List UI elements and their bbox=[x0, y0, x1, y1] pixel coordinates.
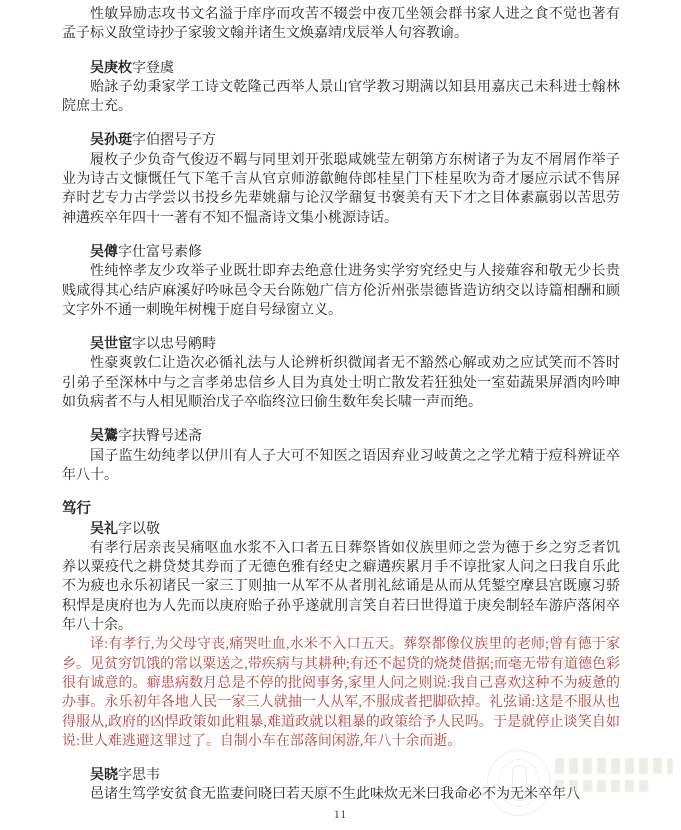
entry-name: 吴庚枚 bbox=[90, 61, 132, 76]
entry-courtesy: 字以敬 bbox=[118, 522, 160, 537]
entry-courtesy: 字思韦 bbox=[118, 768, 160, 783]
entry-body: 履枚子少负奇气俊迈不羁与同里刘开张聪咸姚莹左朝第方东树诸子为友不屑屑作举子业为诗… bbox=[62, 151, 620, 228]
intro-paragraph: 性敏异励志攻书文名溢于庠序而攻苦不辍尝中夜兀坐领会群书家人进之食不觉也著有孟子标… bbox=[62, 5, 620, 44]
entry-body: 国子监生幼纯孝以伊川有人子大可不知医之语因弃业习岐黄之之学尤精于痘科辨证卒年八十… bbox=[62, 447, 620, 486]
section-heading-duxing: 笃行 bbox=[62, 500, 620, 519]
entry-title: 吴礼字以敬 bbox=[62, 520, 620, 539]
entry-name: 吴鷟 bbox=[90, 429, 118, 444]
translation-paragraph: 译:有孝行,为父母守丧,痛哭吐血,水米不入口五天。葬祭都像仪族里的老师;曾有德于… bbox=[62, 635, 620, 751]
entry-name: 吴僔 bbox=[90, 245, 118, 260]
document-page: { "page_number": "11", "colors": { "body… bbox=[0, 0, 681, 830]
entry-title: 吴庚枚字登虞 bbox=[62, 59, 620, 78]
entry-title: 吴孙珽字伯摺号子方 bbox=[62, 131, 620, 150]
entry-title: 吴鷟字扶臀号述斋 bbox=[62, 427, 620, 446]
entry-name: 吴晓 bbox=[90, 768, 118, 783]
page-text-column: 性敏异励志攻书文名溢于庠序而攻苦不辍尝中夜兀坐领会群书家人进之食不觉也著有孟子标… bbox=[62, 5, 620, 805]
entry-name: 吴礼 bbox=[90, 522, 118, 537]
entry-courtesy: 字扶臀号述斋 bbox=[118, 429, 202, 444]
entry-body: 性豪爽敦仁让造次必循礼法与人论辨析织微闻者无不豁然心解或劝之应试笑而不答时引弟子… bbox=[62, 354, 620, 412]
entry-body: 性纯悴孝友少攻举子业既壮即弃去绝意仕进务实学穷究经史与人接薙容和敬无少长贵贱咸得… bbox=[62, 262, 620, 320]
entry-courtesy: 字仕富号素修 bbox=[118, 245, 202, 260]
entry-title: 吴世宦字以忠号鹇畤 bbox=[62, 335, 620, 354]
entry-courtesy: 字伯摺号子方 bbox=[132, 133, 216, 148]
entry-body: 有孝行居亲丧吴痛呕血水浆不入口者五日葬祭皆如仪族里师之尝为德于乡之穷乏者饥养以粟… bbox=[62, 539, 620, 635]
entry-body: 贻詠子幼秉家学工诗文乾隆己西举人景山官学教习期满以知县用嘉庆己未科进士翰林院庶士… bbox=[62, 78, 620, 117]
entry-courtesy: 字登虞 bbox=[132, 61, 174, 76]
entry-courtesy: 字以忠号鹇畤 bbox=[132, 337, 216, 352]
page-number: 11 bbox=[0, 807, 681, 822]
entry-name: 吴孙珽 bbox=[90, 133, 132, 148]
entry-title: 吴僔字仕富号素修 bbox=[62, 243, 620, 262]
entry-name: 吴世宦 bbox=[90, 337, 132, 352]
